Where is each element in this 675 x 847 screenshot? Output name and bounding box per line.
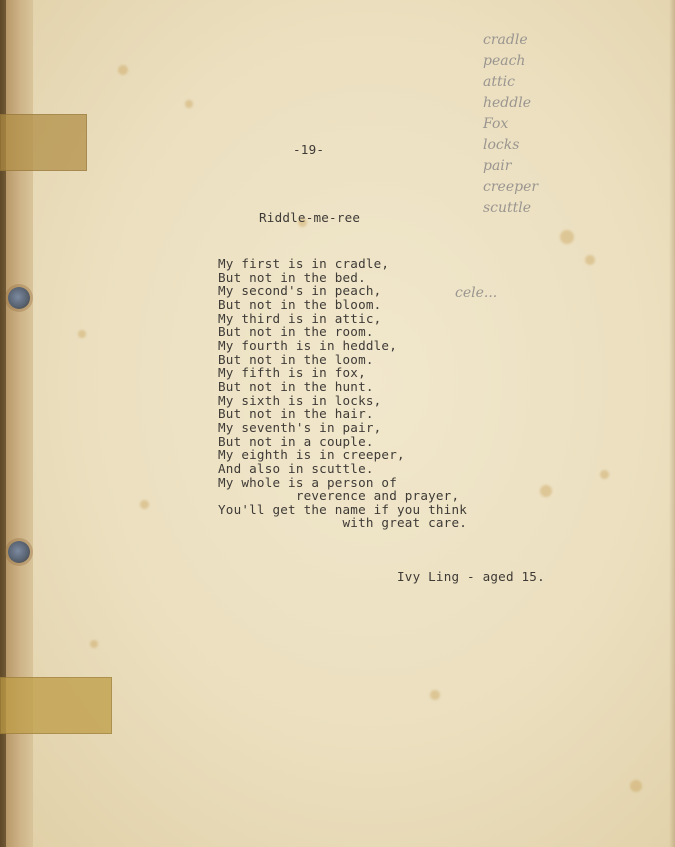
- pencil-note: Fox: [483, 114, 538, 135]
- stain: [185, 100, 193, 108]
- stain: [430, 690, 440, 700]
- tape-bottom: [0, 677, 112, 734]
- stain: [540, 485, 552, 497]
- stain: [90, 640, 98, 648]
- pencil-note: pair: [483, 156, 538, 177]
- poem-title: Riddle-me-ree: [259, 210, 360, 225]
- staple-hole-icon: [8, 541, 30, 563]
- pencil-note: cradle: [483, 30, 538, 51]
- stain: [585, 255, 595, 265]
- stain: [78, 330, 86, 338]
- stain: [140, 500, 149, 509]
- page-edge: [669, 0, 675, 847]
- pencil-note: heddle: [483, 93, 538, 114]
- stain: [118, 65, 128, 75]
- stain: [600, 470, 609, 479]
- pencil-note: peach: [483, 51, 538, 72]
- author-signature: Ivy Ling - aged 15.: [397, 569, 545, 584]
- poem-body: My first is in cradle, But not in the be…: [218, 257, 467, 530]
- stain: [560, 230, 574, 244]
- staple-hole-icon: [8, 287, 30, 309]
- pencil-note: creeper: [483, 177, 538, 198]
- stain: [630, 780, 642, 792]
- document-page: -19- Riddle-me-ree My first is in cradle…: [0, 0, 675, 847]
- tape-top: [0, 114, 87, 171]
- pencil-notes: cradle peach attic heddle Fox locks pair…: [483, 30, 538, 219]
- page-number: -19-: [293, 142, 324, 157]
- pencil-note: locks: [483, 135, 538, 156]
- pencil-answer: cele...: [455, 283, 497, 304]
- pencil-note: scuttle: [483, 198, 538, 219]
- pencil-note: attic: [483, 72, 538, 93]
